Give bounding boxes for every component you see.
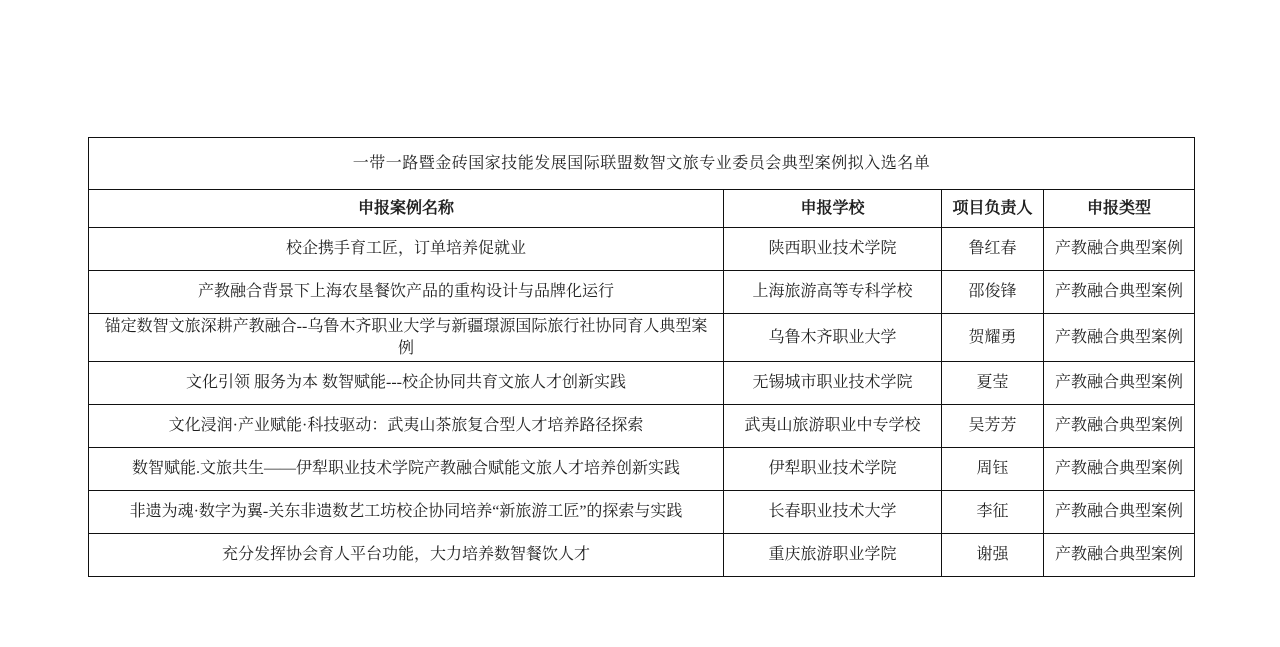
document-page: 一带一路暨金砖国家技能发展国际联盟数智文旅专业委员会典型案例拟入选名单 申报案例… <box>0 0 1280 647</box>
case-name-cell: 校企携手育工匠，订单培养促就业 <box>89 228 724 271</box>
column-header-school: 申报学校 <box>724 190 942 228</box>
table-row: 数智赋能.文旅共生——伊犁职业技术学院产教融合赋能文旅人才培养创新实践 伊犁职业… <box>89 448 1195 491</box>
table-title: 一带一路暨金砖国家技能发展国际联盟数智文旅专业委员会典型案例拟入选名单 <box>89 138 1195 190</box>
leader-cell: 贺耀勇 <box>942 314 1044 362</box>
table-row: 文化浸润·产业赋能·科技驱动：武夷山茶旅复合型人才培养路径探索 武夷山旅游职业中… <box>89 405 1195 448</box>
case-name-cell: 文化浸润·产业赋能·科技驱动：武夷山茶旅复合型人才培养路径探索 <box>89 405 724 448</box>
case-name-cell: 产教融合背景下上海农垦餐饮产品的重构设计与品牌化运行 <box>89 271 724 314</box>
table-row: 锚定数智文旅深耕产教融合--乌鲁木齐职业大学与新疆璟源国际旅行社协同育人典型案例… <box>89 314 1195 362</box>
case-name-cell: 充分发挥协会育人平台功能，大力培养数智餐饮人才 <box>89 534 724 577</box>
type-cell: 产教融合典型案例 <box>1044 314 1195 362</box>
type-cell: 产教融合典型案例 <box>1044 448 1195 491</box>
school-cell: 长春职业技术大学 <box>724 491 942 534</box>
title-row: 一带一路暨金砖国家技能发展国际联盟数智文旅专业委员会典型案例拟入选名单 <box>89 138 1195 190</box>
type-cell: 产教融合典型案例 <box>1044 491 1195 534</box>
table-row: 产教融合背景下上海农垦餐饮产品的重构设计与品牌化运行 上海旅游高等专科学校 邵俊… <box>89 271 1195 314</box>
type-cell: 产教融合典型案例 <box>1044 534 1195 577</box>
case-name-cell: 数智赋能.文旅共生——伊犁职业技术学院产教融合赋能文旅人才培养创新实践 <box>89 448 724 491</box>
column-header-case-name: 申报案例名称 <box>89 190 724 228</box>
leader-cell: 谢强 <box>942 534 1044 577</box>
table-row: 充分发挥协会育人平台功能，大力培养数智餐饮人才 重庆旅游职业学院 谢强 产教融合… <box>89 534 1195 577</box>
leader-cell: 夏莹 <box>942 362 1044 405</box>
case-name-cell: 非遗为魂·数字为翼-关东非遗数艺工坊校企协同培养“新旅游工匠”的探索与实践 <box>89 491 724 534</box>
type-cell: 产教融合典型案例 <box>1044 405 1195 448</box>
school-cell: 陕西职业技术学院 <box>724 228 942 271</box>
school-cell: 重庆旅游职业学院 <box>724 534 942 577</box>
leader-cell: 吴芳芳 <box>942 405 1044 448</box>
column-header-leader: 项目负责人 <box>942 190 1044 228</box>
header-row: 申报案例名称 申报学校 项目负责人 申报类型 <box>89 190 1195 228</box>
table-row: 校企携手育工匠，订单培养促就业 陕西职业技术学院 鲁红春 产教融合典型案例 <box>89 228 1195 271</box>
school-cell: 武夷山旅游职业中专学校 <box>724 405 942 448</box>
type-cell: 产教融合典型案例 <box>1044 228 1195 271</box>
case-name-cell: 锚定数智文旅深耕产教融合--乌鲁木齐职业大学与新疆璟源国际旅行社协同育人典型案例 <box>89 314 724 362</box>
cases-table: 一带一路暨金砖国家技能发展国际联盟数智文旅专业委员会典型案例拟入选名单 申报案例… <box>88 137 1195 577</box>
leader-cell: 李征 <box>942 491 1044 534</box>
leader-cell: 鲁红春 <box>942 228 1044 271</box>
school-cell: 无锡城市职业技术学院 <box>724 362 942 405</box>
leader-cell: 邵俊锋 <box>942 271 1044 314</box>
leader-cell: 周钰 <box>942 448 1044 491</box>
table-row: 非遗为魂·数字为翼-关东非遗数艺工坊校企协同培养“新旅游工匠”的探索与实践 长春… <box>89 491 1195 534</box>
type-cell: 产教融合典型案例 <box>1044 362 1195 405</box>
school-cell: 乌鲁木齐职业大学 <box>724 314 942 362</box>
column-header-type: 申报类型 <box>1044 190 1195 228</box>
type-cell: 产教融合典型案例 <box>1044 271 1195 314</box>
table-row: 文化引领 服务为本 数智赋能---校企协同共育文旅人才创新实践 无锡城市职业技术… <box>89 362 1195 405</box>
case-name-cell: 文化引领 服务为本 数智赋能---校企协同共育文旅人才创新实践 <box>89 362 724 405</box>
table-body: 校企携手育工匠，订单培养促就业 陕西职业技术学院 鲁红春 产教融合典型案例 产教… <box>89 228 1195 577</box>
school-cell: 伊犁职业技术学院 <box>724 448 942 491</box>
school-cell: 上海旅游高等专科学校 <box>724 271 942 314</box>
